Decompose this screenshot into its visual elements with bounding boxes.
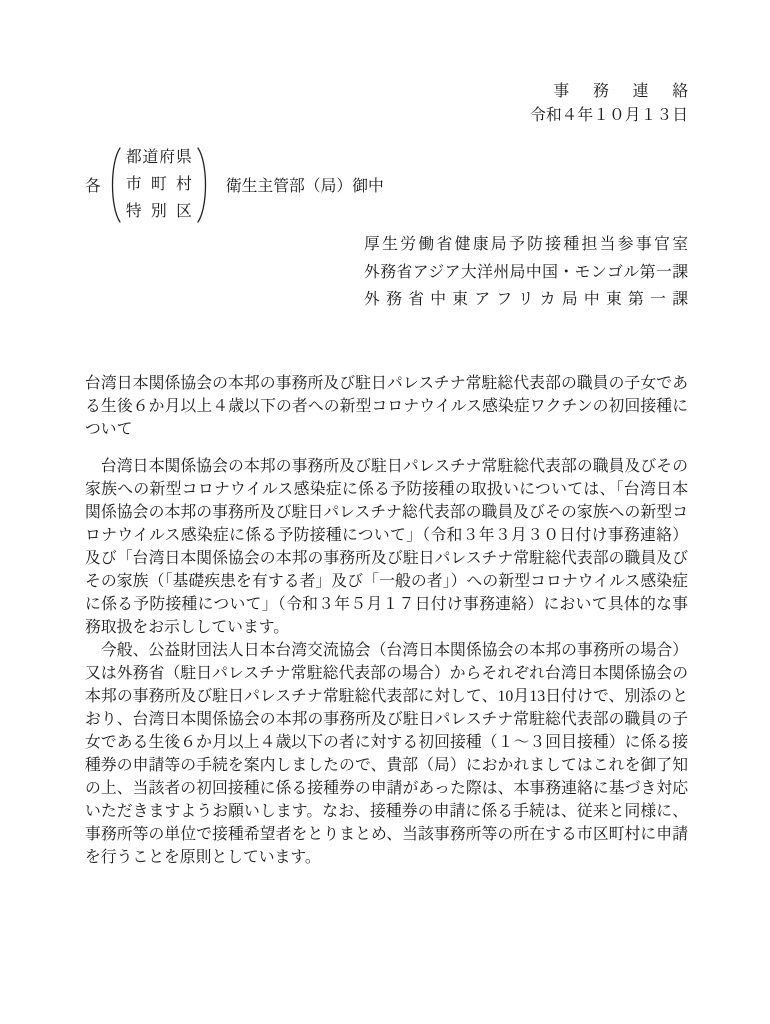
text-line: 種券の申請等の手続を案内しましたので、貴部（局）におかれましてはこれを御了知 xyxy=(85,754,688,777)
text-line: る生後６か月以上４歳以下の者への新型コロナウイルス感染症ワクチンの初回接種に xyxy=(85,395,688,418)
text-line: 女である生後６か月以上４歳以下の者に対する初回接種（１～３回目接種）に係る接 xyxy=(85,731,688,754)
text-line: 本邦の事務所及び駐日パレスチナ常駐総代表部に対して、10月13日付けで、別添のと xyxy=(85,685,688,708)
text-line: 外務省アジア大洋州局中国・モンゴル第一課 xyxy=(364,259,688,287)
right-paren-bracket-icon xyxy=(195,145,213,225)
text-line: その家族（「基礎疾患を有する者」及び「一般の者」）への新型コロナウイルス感染症 xyxy=(85,570,688,593)
text-line: 市町村 xyxy=(126,171,192,198)
left-paren-bracket-icon xyxy=(105,145,123,225)
document-page: 事 務 連 絡 令和４年１０月１３日 各 都道府県市町村特別区 衛生主管部（局）… xyxy=(0,0,770,1024)
text-line: 事務所等の単位で接種希望者をとりまとめ、当該事務所等の所在する市区町村に申請 xyxy=(85,823,688,846)
text-line: 今般、公益財団法人日本台湾交流協会（台湾日本関係協会の本邦の事務所の場合） xyxy=(85,639,688,662)
text-line: いただきますようお願いします。なお、接種券の申請に係る手続は、従来と同様に、 xyxy=(85,800,688,823)
addressee-prefix: 各 xyxy=(85,173,101,196)
body-paragraph-2: 今般、公益財団法人日本台湾交流協会（台湾日本関係協会の本邦の事務所の場合）又は外… xyxy=(85,639,688,869)
addressee-suffix: 衛生主管部（局）御中 xyxy=(226,173,384,196)
subject-title: 台湾日本関係協会の本邦の事務所及び駐日パレスチナ常駐総代表部の職員の子女である生… xyxy=(85,372,688,441)
sender-block: 厚生労働省健康局予防接種担当参事官室外務省アジア大洋州局中国・モンゴル第一課外務… xyxy=(364,231,688,314)
text-line: ロナウイルス感染症に係る予防接種について」（令和３年３月３０日付け事務連絡） xyxy=(85,524,688,547)
text-line: 家族への新型コロナウイルス感染症に係る予防接種の取扱いについては、「台湾日本 xyxy=(85,478,688,501)
text-line: の上、当該者の初回接種に係る接種券の申請があった際は、本事務連絡に基づき対応 xyxy=(85,777,688,800)
text-line: 都道府県 xyxy=(126,144,192,171)
text-line: を行うことを原則としています。 xyxy=(85,846,688,869)
text-line: 務取扱をお示ししています。 xyxy=(85,616,688,639)
text-line: 又は外務省（駐日パレスチナ常駐総代表部の場合）からそれぞれ台湾日本関係協会の xyxy=(85,662,688,685)
text-line: 厚生労働省健康局予防接種担当参事官室 xyxy=(364,231,688,259)
text-line: 関係協会の本邦の事務所及び駐日パレスチナ総代表部の職員及びその家族への新型コ xyxy=(85,501,688,524)
text-line: 特別区 xyxy=(126,198,192,225)
text-line: 及び「台湾日本関係協会の本邦の事務所及び駐日パレスチナ常駐総代表部の職員及び xyxy=(85,547,688,570)
addressee-bracket-lines: 都道府県市町村特別区 xyxy=(126,144,192,225)
document-header: 事 務 連 絡 令和４年１０月１３日 xyxy=(85,80,688,128)
text-line: おり、台湾日本関係協会の本邦の事務所及び駐日パレスチナ常駐総代表部の職員の子 xyxy=(85,708,688,731)
document-date: 令和４年１０月１３日 xyxy=(85,104,688,128)
doc-type-label: 事 務 連 絡 xyxy=(85,80,692,104)
text-line: ついて xyxy=(85,418,688,441)
text-line: 台湾日本関係協会の本邦の事務所及び駐日パレスチナ常駐総代表部の職員及びその xyxy=(85,455,688,478)
text-line: 外務省中東アフリカ局中東第一課 xyxy=(364,286,688,314)
body-paragraph-1: 台湾日本関係協会の本邦の事務所及び駐日パレスチナ常駐総代表部の職員及びその家族へ… xyxy=(85,455,688,639)
text-line: 台湾日本関係協会の本邦の事務所及び駐日パレスチナ常駐総代表部の職員の子女であ xyxy=(85,372,688,395)
addressee-block: 各 都道府県市町村特別区 衛生主管部（局）御中 xyxy=(85,144,688,225)
text-line: に係る予防接種について」（令和３年５月１７日付け事務連絡）において具体的な事 xyxy=(85,593,688,616)
document-content: 事 務 連 絡 令和４年１０月１３日 各 都道府県市町村特別区 衛生主管部（局）… xyxy=(85,80,688,869)
